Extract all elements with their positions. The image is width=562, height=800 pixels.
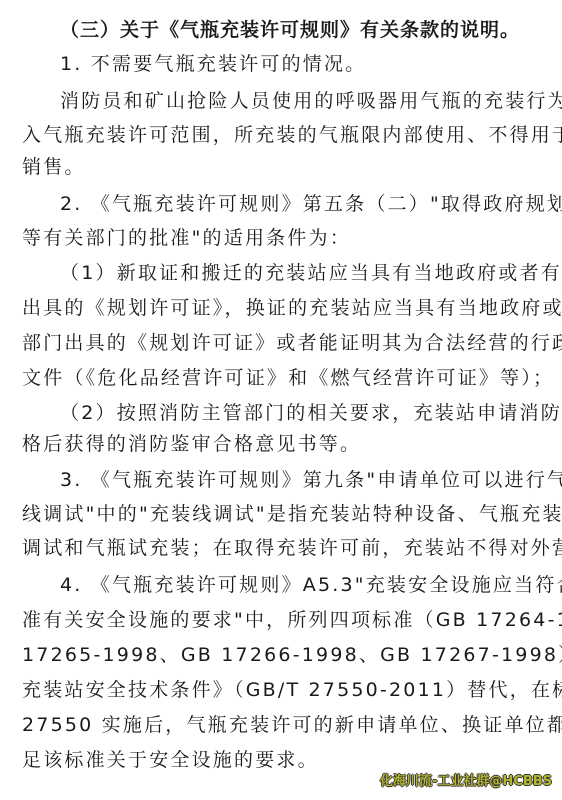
paragraph-line: 销售。 [22,153,552,181]
paragraph-line: 入气瓶充装许可范围，所充装的气瓶限内部使用、不得用于对外 [22,121,552,149]
paragraph-line: 调试和气瓶试充装；在取得充装许可前，充装站不得对外营业。 [22,534,552,562]
paragraph-line: 格后获得的消防鉴审合格意见书等。 [22,430,552,458]
sub-item-1: （1）新取证和搬迁的充装站应当具有当地政府或者有关部门 [60,259,544,287]
document-page: （三）关于《气瓶充装许可规则》有关条款的说明。 1. 不需要气瓶充装许可的情况。… [0,0,562,800]
item-3-heading: 3. 《气瓶充装许可规则》第九条"申请单位可以进行气瓶充装 [60,466,544,494]
paragraph-line: 出具的《规划许可证》，换证的充装站应当具有当地政府或者有关 [22,294,552,322]
paragraph-line: 文件（《危化品经营许可证》和《燃气经营许可证》等）； [22,364,552,392]
sub-item-2: （2）按照消防主管部门的相关要求，充装站申请消防验收合 [60,399,544,427]
item-1-heading: 1. 不需要气瓶充装许可的情况。 [60,50,544,78]
paragraph-line: 充装站安全技术条件》（GB/T 27550-2011）替代，在标准 GB/T [22,676,552,704]
paragraph-line: 消防员和矿山抢险人员使用的呼吸器用气瓶的充装行为不纳 [60,87,544,115]
paragraph-line: 等有关部门的批准"的适用条件为： [22,224,552,252]
paragraph-line: 足该标准关于安全设施的要求。 [22,746,552,774]
paragraph-line: 部门出具的《规划许可证》或者能证明其为合法经营的行政许可 [22,329,552,357]
item-2-heading: 2. 《气瓶充装许可规则》第五条（二）"取得政府规划、消防 [60,190,544,218]
paragraph-line: 17265-1998、GB 17266-1998、GB 17267-1998）已… [22,641,552,669]
paragraph-line: 27550 实施后，气瓶充装许可的新申请单位、换证单位都应当满 [22,711,552,739]
item-4-heading: 4. 《气瓶充装许可规则》A5.3"充装安全设施应当符合以下标 [60,571,544,599]
paragraph-line: 准有关安全设施的要求"中，所列四项标准（GB 17264-1998、GB [22,606,552,634]
watermark: 化海川流-工业社群@HCBBS [380,772,552,792]
section-title: （三）关于《气瓶充装许可规则》有关条款的说明。 [60,16,480,44]
paragraph-line: 线调试"中的"充装线调试"是指充装站特种设备、气瓶充装线的整体 [22,500,552,528]
